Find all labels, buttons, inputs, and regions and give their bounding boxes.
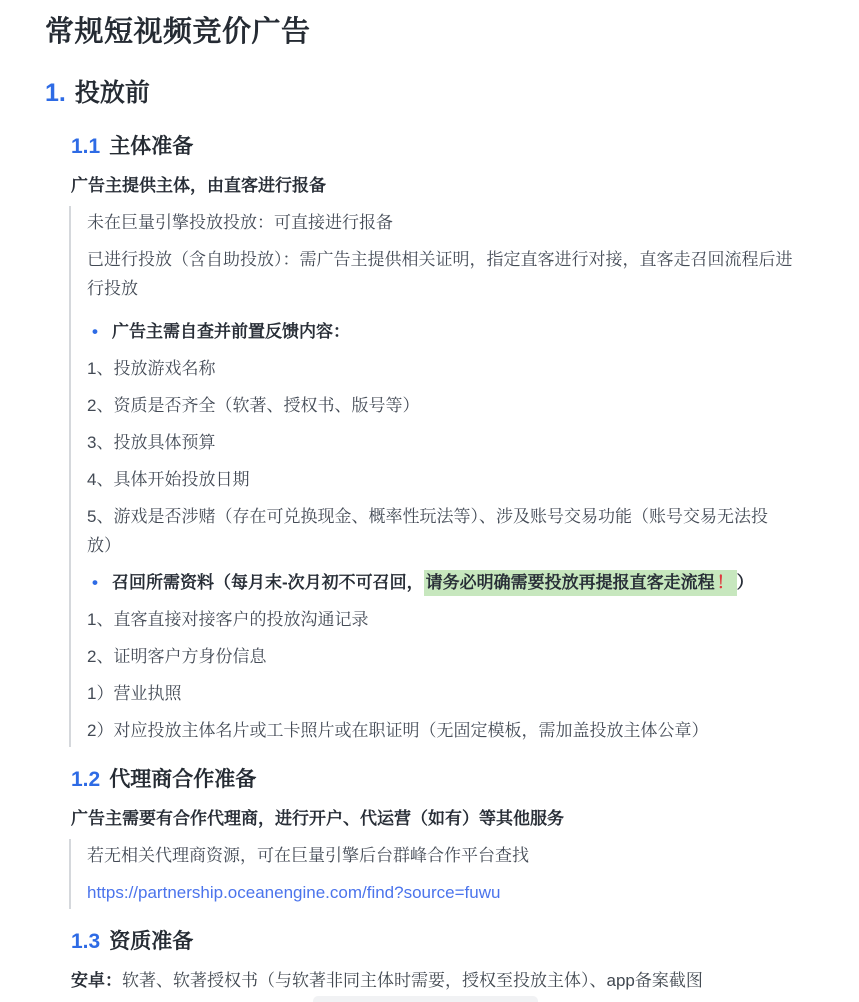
intro-paragraph-1-2: 广告主需要有合作代理商，进行开户、代运营（如有）等其他服务 bbox=[71, 804, 819, 833]
subsection-number: 1.1 bbox=[71, 135, 100, 158]
quote-paragraph: 未在巨量引擎投放投放：可直接进行报备 bbox=[87, 208, 819, 237]
section-heading-1: 1.投放前 bbox=[45, 76, 819, 110]
document-page: 常规短视频竞价广告 1.投放前 1.1主体准备 广告主提供主体，由直客进行报备 … bbox=[0, 0, 859, 995]
blockquote-agent-prep: 若无相关代理商资源，可在巨量引擎后台群峰合作平台查找 https://partn… bbox=[69, 839, 819, 909]
highlight-warning: 请务必明确需要投放再提报直客走流程！ bbox=[424, 570, 737, 596]
subsection-heading-text: 代理商合作准备 bbox=[109, 768, 256, 791]
list-item: 2、资质是否齐全（软著、授权书、版号等） bbox=[87, 391, 819, 420]
subsection-heading-text: 主体准备 bbox=[109, 135, 193, 158]
list-item: 2）对应投放主体名片或工卡照片或在职证明（无固定模板，需加盖投放主体公章） bbox=[87, 716, 819, 745]
subsection-heading-1-1: 1.1主体准备 bbox=[71, 132, 819, 161]
list-item: 2、证明客户方身份信息 bbox=[87, 642, 819, 671]
quote-paragraph: 已进行投放（含自助投放）：需广告主提供相关证明，指定直客进行对接，直客走召回流程… bbox=[87, 245, 819, 303]
list-item: 1、直客直接对接客户的投放沟通记录 bbox=[87, 605, 819, 634]
list-item: 5、游戏是否涉赌（存在可兑换现金、概率性玩法等）、涉及账号交易功能（账号交易无法… bbox=[87, 502, 819, 560]
next-element-top-edge bbox=[313, 996, 538, 1002]
subsection-heading-text: 资质准备 bbox=[109, 930, 193, 953]
bullet-item-recall: • 召回所需资料（每月末-次月初不可召回，请务必明确需要投放再提报直客走流程！） bbox=[87, 568, 819, 597]
section-number: 1. bbox=[45, 79, 66, 107]
android-label: 安卓： bbox=[71, 971, 122, 990]
bullet-icon: • bbox=[87, 317, 98, 346]
bullet-text: 广告主需自查并前置反馈内容： bbox=[112, 317, 350, 346]
blockquote-subject-prep: 未在巨量引擎投放投放：可直接进行报备 已进行投放（含自助投放）：需广告主提供相关… bbox=[69, 206, 819, 747]
list-item: 1）营业执照 bbox=[87, 679, 819, 708]
bullet-icon: • bbox=[87, 568, 98, 597]
intro-paragraph-1-3: 安卓：软著、软著授权书（与软著非同主体时需要，授权至投放主体）、app备案截图 bbox=[71, 966, 819, 995]
list-item: 1、投放游戏名称 bbox=[87, 354, 819, 383]
list-item: 4、具体开始投放日期 bbox=[87, 465, 819, 494]
bullet-item-selfcheck: • 广告主需自查并前置反馈内容： bbox=[87, 317, 819, 346]
bullet-text: 召回所需资料（每月末-次月初不可召回，请务必明确需要投放再提报直客走流程！） bbox=[112, 568, 754, 597]
intro-paragraph-1-1: 广告主提供主体，由直客进行报备 bbox=[71, 171, 819, 200]
partnership-link[interactable]: https://partnership.oceanengine.com/find… bbox=[87, 878, 500, 907]
list-item: 3、投放具体预算 bbox=[87, 428, 819, 457]
page-title: 常规短视频竞价广告 bbox=[45, 12, 819, 52]
quote-paragraph: 若无相关代理商资源，可在巨量引擎后台群峰合作平台查找 bbox=[87, 841, 819, 870]
subsection-heading-1-2: 1.2代理商合作准备 bbox=[71, 765, 819, 794]
section-heading-text: 投放前 bbox=[75, 79, 150, 107]
exclamation-mark-icon: ！ bbox=[715, 573, 736, 592]
subsection-number: 1.3 bbox=[71, 930, 100, 953]
quote-paragraph: https://partnership.oceanengine.com/find… bbox=[87, 878, 819, 907]
subsection-number: 1.2 bbox=[71, 768, 100, 791]
subsection-heading-1-3: 1.3资质准备 bbox=[71, 927, 819, 956]
